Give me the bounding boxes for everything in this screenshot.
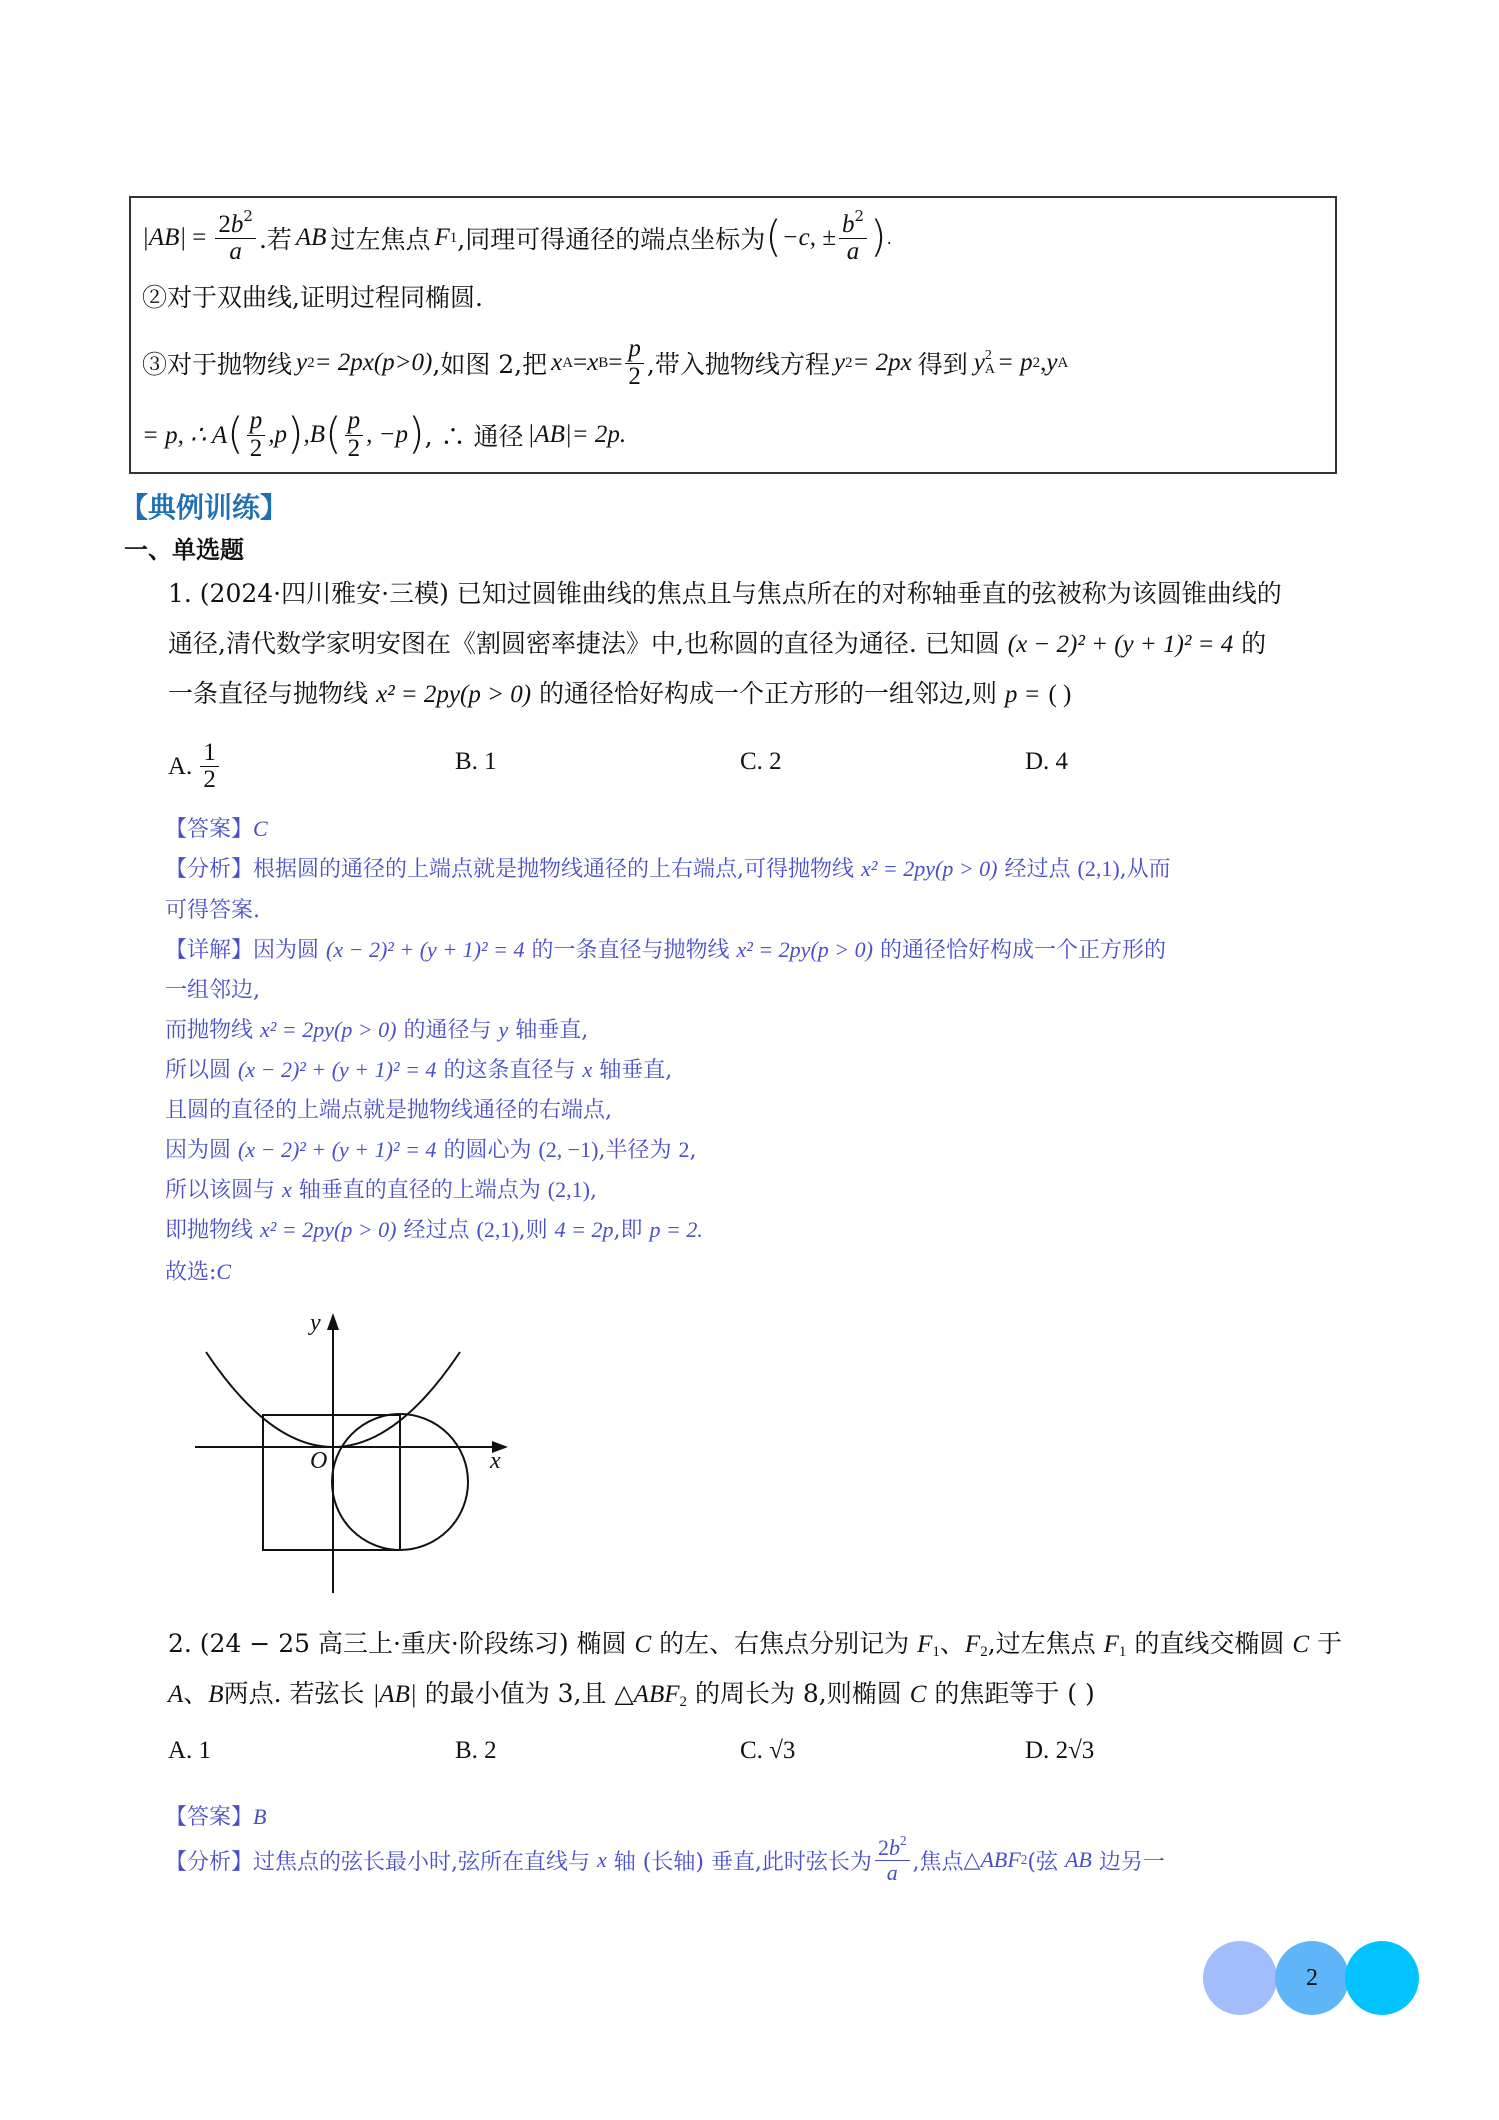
decor-circle-3 [1345, 1941, 1419, 2015]
q2-option-c[interactable]: C. √3 [740, 1737, 795, 1765]
q1-analysis-line-1: 【分析】根据圆的通径的上端点就是抛物线通径的上右端点,可得抛物线 x² = 2p… [165, 852, 1171, 883]
box-line-1: |AB| = 2b2 a .若 AB 过左焦点 F1 ,同理可得通径的端点坐标为… [142, 202, 892, 274]
q2-analysis-line-1: 【分析】过焦点的弦长最小时,弦所在直线与 x 轴 (长轴) 垂直,此时弦长为 2… [165, 1830, 1165, 1890]
q1-option-b[interactable]: B. 1 [455, 748, 497, 776]
q1-analysis-line-2: 可得答案. [165, 893, 260, 924]
section-subtitle: 一、单选题 [124, 530, 244, 565]
q1-option-c[interactable]: C. 2 [740, 748, 782, 776]
q1-detail-line-2: 一组邻边, [165, 973, 260, 1004]
q1-line-2: 通径,清代数学家明安图在《割圆密率捷法》中,也称圆的直径为通径. 已知圆 (x … [168, 624, 1266, 660]
q2-option-d[interactable]: D. 2√3 [1025, 1737, 1094, 1765]
page-number: 2 [1275, 1941, 1349, 2015]
q2-option-a[interactable]: A. 1 [168, 1737, 211, 1765]
fraction-2b2-over-a: 2b2 a [875, 1836, 910, 1884]
q1-option-d[interactable]: D. 4 [1025, 748, 1068, 776]
q1-detail-line-8: 即抛物线 x² = 2py(p > 0) 经过点 (2,1),则 4 = 2p,… [165, 1213, 703, 1244]
q1-detail-line-5: 且圆的直径的上端点就是抛物线通径的右端点, [165, 1093, 612, 1124]
fraction-p-over-2: p 2 [345, 408, 364, 462]
q2-line-2: A、B两点. 若弦长 |AB| 的最小值为 3,且 △ABF2 的周长为 8,则… [168, 1674, 1095, 1710]
q1-detail-line-6: 因为圆 (x − 2)² + (y + 1)² = 4 的圆心为 (2, −1)… [165, 1133, 697, 1164]
decor-circle-1 [1203, 1941, 1277, 2015]
section-title: 【典例训练】 [120, 486, 288, 526]
fraction-1-over-2: 1 2 [200, 740, 219, 794]
box-line-2: ②对于双曲线,证明过程同椭圆. [142, 278, 483, 314]
q1-detail-line-9: 故选:C [165, 1255, 231, 1286]
q1-line-1: 1. (2024·四川雅安·三模) 已知过圆锥曲线的焦点且与焦点所在的对称轴垂直… [168, 574, 1282, 610]
fraction-p-over-2: p 2 [247, 408, 266, 462]
box-line-4: = p, ∴ A ( p 2 ,p ) ,B ( p 2 , −p ) , ∴ … [142, 402, 626, 468]
page-number-badge: 2 [1203, 1941, 1433, 2017]
fraction-2b2-over-a: 2b2 a [215, 211, 256, 266]
origin-label: O [310, 1448, 327, 1474]
fraction-p-over-2: p 2 [625, 336, 644, 390]
fraction-b2-over-a: b2 a [839, 211, 867, 266]
q2-line-1: 2. (24 − 25 高三上·重庆·阶段练习) 椭圆 C 的左、右焦点分别记为… [168, 1624, 1342, 1660]
q1-detail-line-4: 所以圆 (x − 2)² + (y + 1)² = 4 的这条直径与 x 轴垂直… [165, 1053, 672, 1084]
y-axis-label: y [308, 1310, 321, 1336]
q1-line-3: 一条直径与抛物线 x² = 2py(p > 0) 的通径恰好构成一个正方形的一组… [168, 674, 1071, 710]
q1-answer: 【答案】C [165, 812, 268, 843]
q1-option-a[interactable]: A. 1 2 [168, 740, 222, 794]
q1-detail-line-3: 而抛物线 x² = 2py(p > 0) 的通径与 y 轴垂直, [165, 1013, 588, 1044]
box-line-3: ③对于抛物线 y2 = 2px(p>0) ,如图 2,把 xA = xB = p… [142, 330, 1068, 396]
q2-answer: 【答案】B [165, 1800, 266, 1831]
q1-detail-line-7: 所以该圆与 x 轴垂直的直径的上端点为 (2,1), [165, 1173, 597, 1204]
x-axis-label: x [489, 1448, 501, 1474]
q1-detail-line-1: 【详解】因为圆 (x − 2)² + (y + 1)² = 4 的一条直径与抛物… [165, 933, 1166, 964]
q2-option-b[interactable]: B. 2 [455, 1737, 497, 1765]
q1-figure-parabola-circle-square: y x O [180, 1295, 530, 1605]
y-arrow-icon [327, 1313, 339, 1330]
